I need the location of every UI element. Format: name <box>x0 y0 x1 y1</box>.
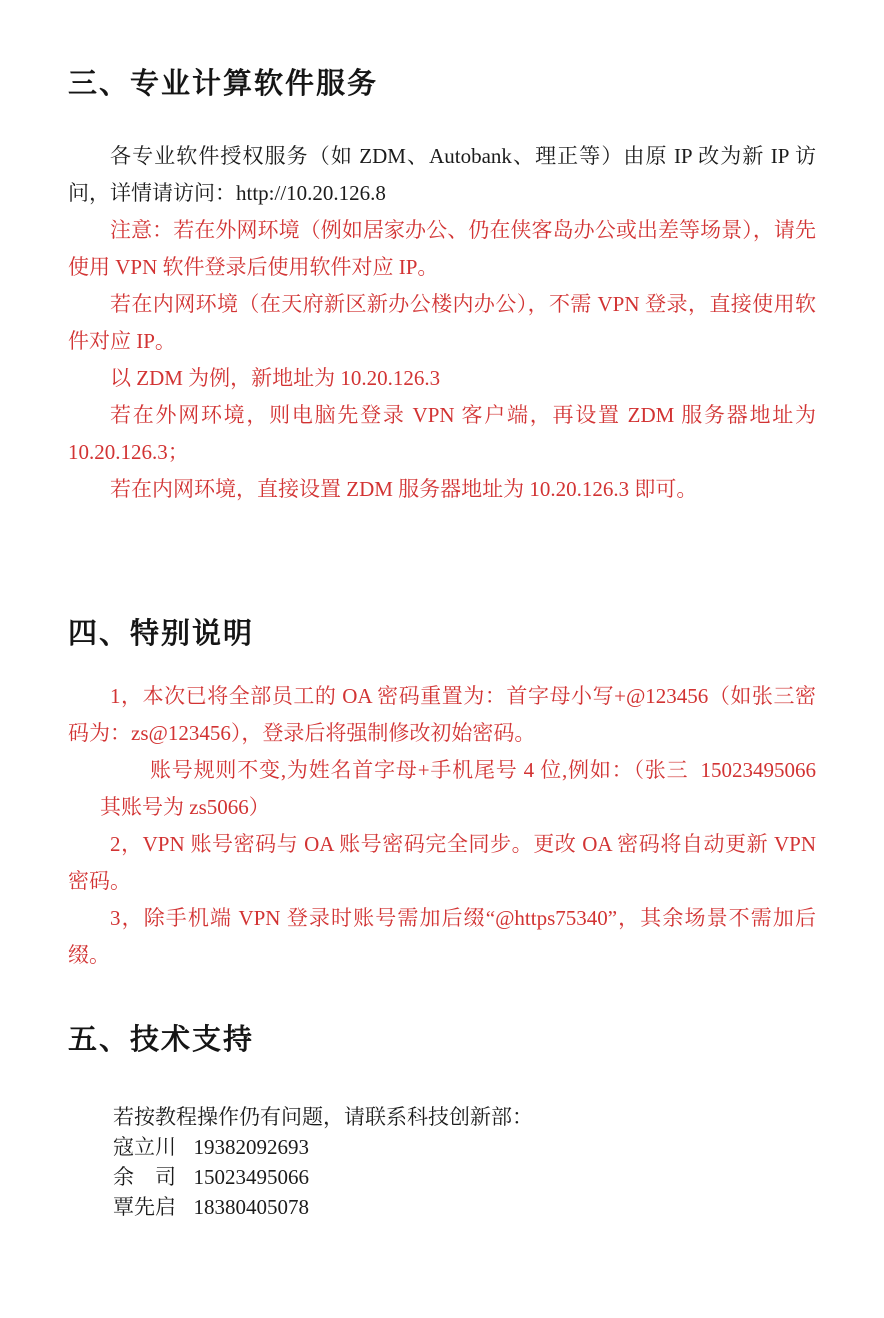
para-external-vpn-setup: 若在外网环境，则电脑先登录 VPN 客户端，再设置 ZDM 服务器地址为 10.… <box>68 397 816 471</box>
para-mobile-vpn-suffix: 3，除手机端 VPN 登录时账号需加后缀“@https75340”，其余场景不需… <box>68 900 816 974</box>
para-vpn-oa-sync: 2，VPN 账号密码与 OA 账号密码完全同步。更改 OA 密码将自动更新 VP… <box>68 826 816 900</box>
para-support-intro: 若按教程操作仍有问题，请联系科技创新部： <box>113 1102 816 1132</box>
para-software-ip-intro: 各专业软件授权服务（如 ZDM、Autobank、理正等）由原 IP 改为新 I… <box>68 138 816 212</box>
para-oa-password-reset: 1，本次已将全部员工的 OA 密码重置为：首字母小写+@123456（如张三密码… <box>68 678 816 752</box>
contact-row: 覃先启 18380405078 <box>113 1192 816 1222</box>
contact-phone: 15023495066 <box>193 1162 309 1192</box>
section-3-heading: 三、专业计算软件服务 <box>68 66 816 102</box>
contact-phone: 19382092693 <box>193 1132 309 1162</box>
document-page: 三、专业计算软件服务 各专业软件授权服务（如 ZDM、Autobank、理正等）… <box>0 0 884 1318</box>
para-internal-network-note: 若在内网环境（在天府新区新办公楼内办公），不需 VPN 登录，直接使用软件对应 … <box>68 286 816 360</box>
section-4-heading: 四、特别说明 <box>68 616 816 652</box>
contact-row: 寇立川 19382092693 <box>113 1132 816 1162</box>
section-5-heading: 五、技术支持 <box>68 1022 816 1058</box>
para-account-rule: 账号规则不变,为姓名首字母+手机尾号 4 位,例如：（张三 1502349506… <box>100 752 816 826</box>
para-zdm-example: 以 ZDM 为例，新地址为 10.20.126.3 <box>68 360 816 397</box>
para-internal-direct-setup: 若在内网环境，直接设置 ZDM 服务器地址为 10.20.126.3 即可。 <box>68 471 816 508</box>
contact-name: 覃先启 <box>113 1192 180 1222</box>
contact-name: 寇立川 <box>113 1132 180 1162</box>
contact-row: 余 司 15023495066 <box>113 1162 816 1192</box>
support-block: 若按教程操作仍有问题，请联系科技创新部： 寇立川 19382092693 余 司… <box>113 1102 816 1222</box>
para-external-network-note: 注意：若在外网环境（例如居家办公、仍在侠客岛办公或出差等场景），请先使用 VPN… <box>68 212 816 286</box>
contact-phone: 18380405078 <box>193 1192 309 1222</box>
contact-name: 余 司 <box>113 1162 180 1192</box>
